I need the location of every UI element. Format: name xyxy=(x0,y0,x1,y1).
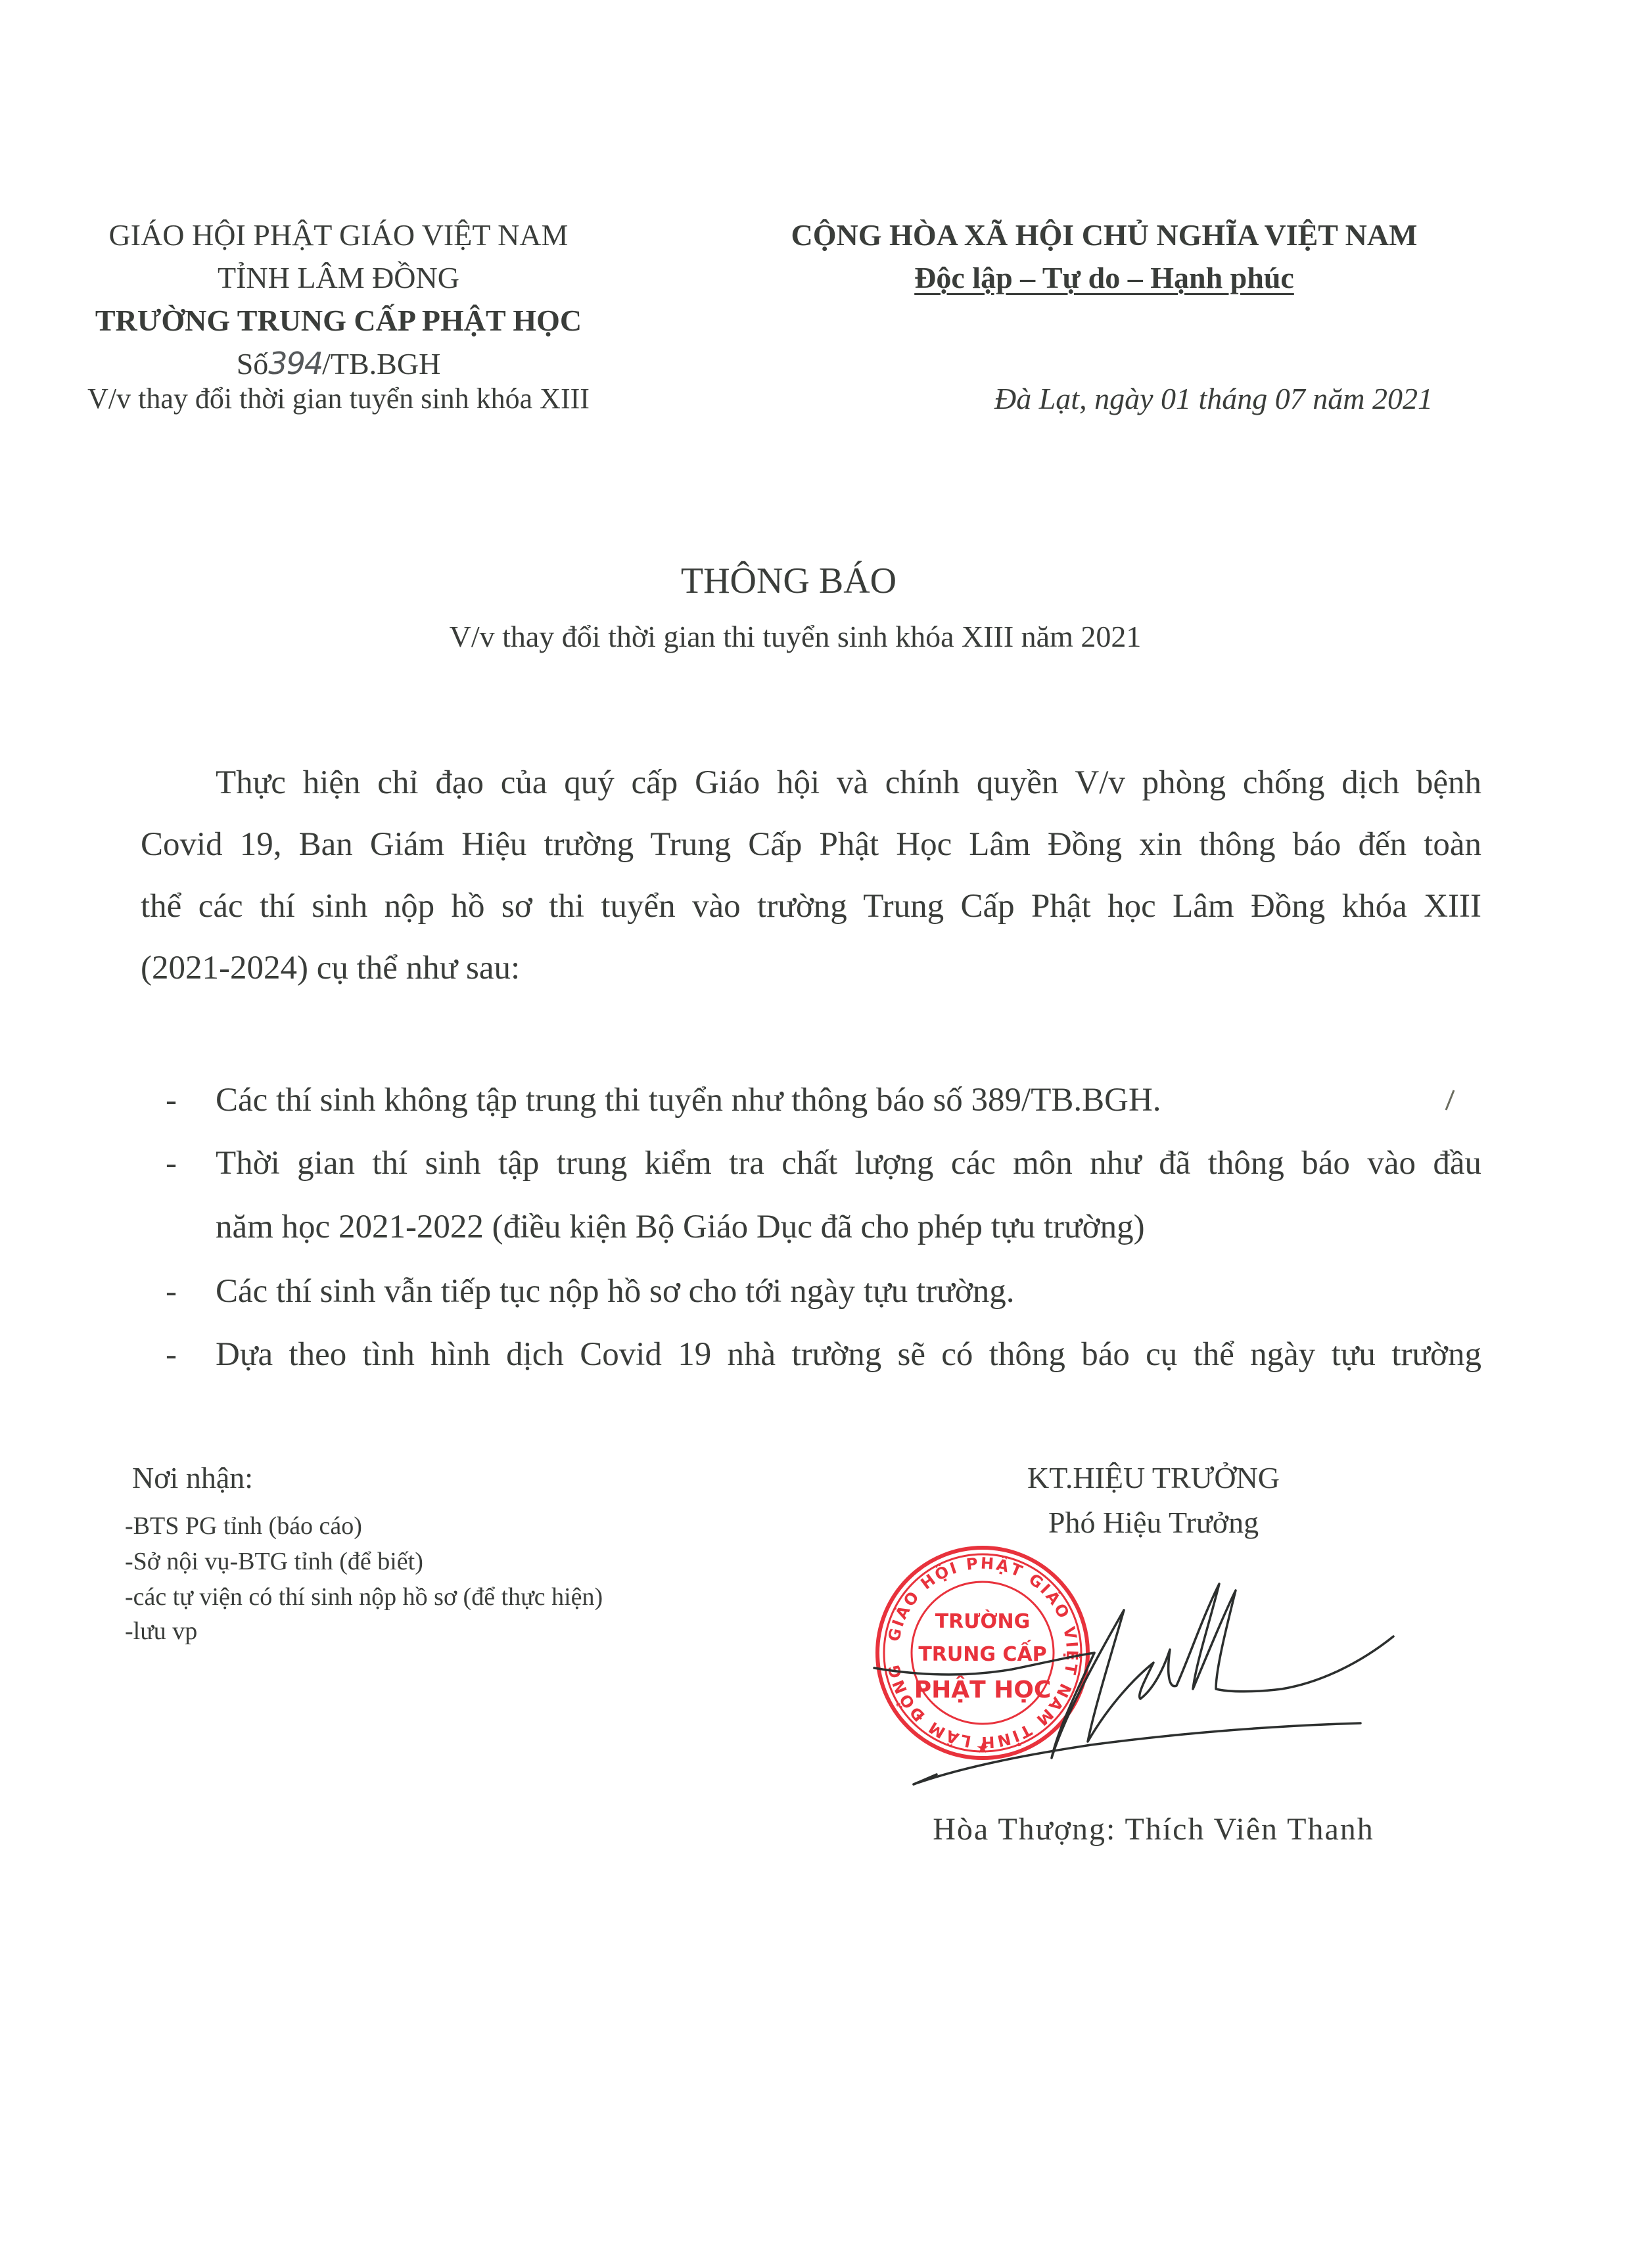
signatory-title: Phó Hiệu Trưởng xyxy=(914,1505,1393,1540)
handwritten-signature-icon xyxy=(861,1558,1400,1807)
bullet-item-2-line-2: năm học 2021-2022 (điều kiện Bộ Giáo Dục… xyxy=(216,1208,1145,1246)
bullet-item-2-line-1: Thời gian thí sinh tập trung kiểm tra ch… xyxy=(216,1144,1481,1182)
bullet-marker: - xyxy=(166,1081,177,1119)
document-number-prefix: Số xyxy=(237,347,269,381)
bullet-marker: - xyxy=(166,1272,177,1310)
recipients-title: Nơi nhận: xyxy=(132,1460,253,1495)
issuer-line-1: GIÁO HỘI PHẬT GIÁO VIỆT NAM xyxy=(66,220,611,250)
document-subtitle: V/v thay đổi thời gian thi tuyển sinh kh… xyxy=(0,619,1591,654)
recipient-item: -BTS PG tỉnh (báo cáo) xyxy=(125,1512,362,1540)
bullet-marker: - xyxy=(166,1335,177,1374)
document-number-handwritten: 394 xyxy=(268,346,322,381)
intro-paragraph: Thực hiện chỉ đạo của quý cấp Giáo hội v… xyxy=(141,764,1481,987)
recipient-item: -các tự viện có thí sinh nộp hồ sơ (để t… xyxy=(125,1583,603,1611)
signatory-name: Hòa Thượng: Thích Viên Thanh xyxy=(914,1811,1393,1847)
bullet-item-4: Dựa theo tình hình dịch Covid 19 nhà trư… xyxy=(216,1335,1481,1374)
issuer-school-name: TRƯỜNG TRUNG CẤP PHẬT HỌC xyxy=(66,306,611,336)
signatory-role: KT.HIỆU TRƯỞNG xyxy=(914,1460,1393,1495)
nation-motto: Độc lập – Tự do – Hạnh phúc xyxy=(723,263,1485,293)
paragraph-line: (2021-2024) cụ thể như sau: xyxy=(141,949,1481,987)
date-line: Đà Lạt, ngày 01 tháng 07 năm 2021 xyxy=(994,381,1433,416)
pen-mark-icon xyxy=(1439,1088,1459,1114)
recipient-item: -Sở nội vụ-BTG tỉnh (để biết) xyxy=(125,1547,423,1576)
bullet-marker: - xyxy=(166,1144,177,1182)
issuer-line-2: TỈNH LÂM ĐỒNG xyxy=(66,263,611,293)
bullet-item-3: Các thí sinh vẫn tiếp tục nộp hồ sơ cho … xyxy=(216,1272,1015,1310)
recipient-item: -lưu vp xyxy=(125,1617,197,1646)
bullet-item-1: Các thí sinh không tập trung thi tuyển n… xyxy=(216,1081,1161,1119)
document-number-suffix: /TB.BGH xyxy=(322,347,440,381)
document-number: Số394/TB.BGH xyxy=(66,348,611,379)
document-title: THÔNG BÁO xyxy=(0,560,1577,602)
nation-title: CỘNG HÒA XÃ HỘI CHỦ NGHĨA VIỆT NAM xyxy=(723,220,1485,250)
paragraph-line: thể các thí sinh nộp hồ sơ thi tuyển vào… xyxy=(141,887,1481,925)
paragraph-line: Covid 19, Ban Giám Hiệu trường Trung Cấp… xyxy=(141,825,1481,864)
nation-motto-text: Độc lập – Tự do – Hạnh phúc xyxy=(914,261,1294,294)
paragraph-line: Thực hiện chỉ đạo của quý cấp Giáo hội v… xyxy=(216,764,1481,802)
issuer-subject: V/v thay đổi thời gian tuyển sinh khóa X… xyxy=(66,384,611,413)
